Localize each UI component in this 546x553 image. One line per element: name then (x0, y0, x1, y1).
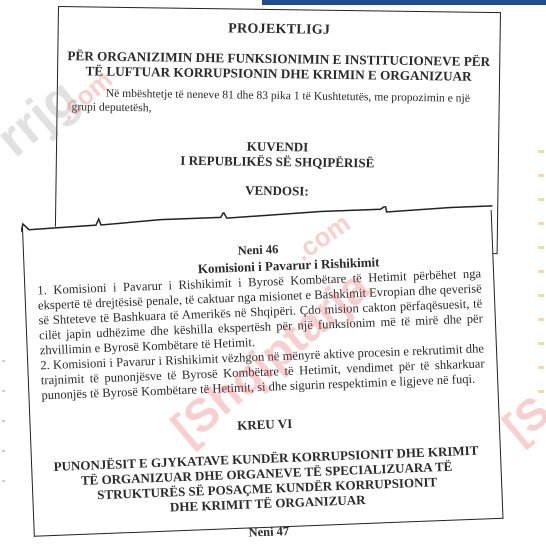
law-subtitle: PËR ORGANIZIMIN DHE FUNKSIONIMIN E INSTI… (58, 48, 499, 84)
left-edge-marks (2, 360, 5, 510)
assembly-heading: KUVENDI I REPUBLIKËS SË SHQIPËRISË (57, 136, 498, 172)
next-article-number: Neni 47 (35, 516, 503, 549)
document-page-2: Neni 46 Komisioni i Pavarur i Rishikimit… (22, 210, 504, 537)
chapter-title: PUNONJËSIT E GJYKATAVE KUNDËR KORRUPSION… (32, 442, 502, 520)
preamble-text: Në mbështetje të neneve 81 dhe 83 pika 1… (71, 86, 484, 120)
chapter-number: KREU VI (31, 408, 499, 442)
document-title: PROJEKTLIGJ (59, 19, 500, 41)
right-edge-marks (538, 150, 544, 410)
decided-heading: VENDOSI: (56, 180, 497, 202)
header-bar (262, 0, 546, 5)
